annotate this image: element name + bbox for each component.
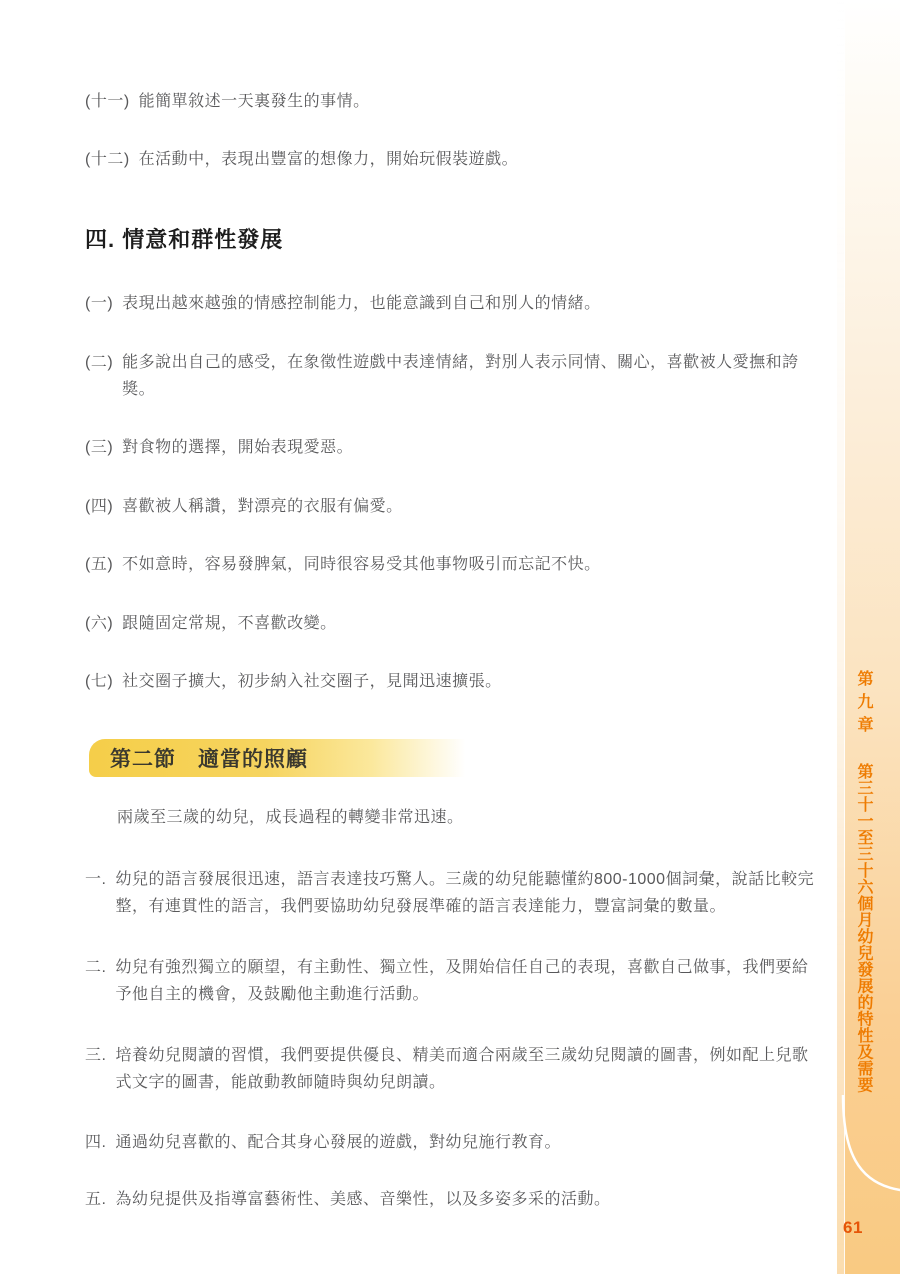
list-item: (三) 對食物的選擇，開始表現愛惡。	[85, 434, 822, 461]
list-item-text: 不如意時，容易發脾氣，同時很容易受其他事物吸引而忘記不快。	[122, 551, 822, 578]
list-item: (二) 能多說出自己的感受，在象徵性遊戲中表達情緒，對別人表示同情、關心，喜歡被…	[85, 349, 822, 403]
list-item: 四. 通過幼兒喜歡的、配合其身心發展的遊戲，對幼兒施行教育。	[85, 1129, 822, 1156]
list-item: (五) 不如意時，容易發脾氣，同時很容易受其他事物吸引而忘記不快。	[85, 551, 822, 578]
curve-decoration	[837, 1095, 900, 1205]
list-item-text: 社交圈子擴大，初步納入社交圈子，見聞迅速擴張。	[122, 668, 822, 695]
document-page: (十一) 能簡單敘述一天裏發生的事情。 (十二) 在活動中，表現出豐富的想像力，…	[0, 0, 900, 1274]
list-item: 二. 幼兒有強烈獨立的願望，有主動性、獨立性，及開始信任自己的表現，喜歡自己做事…	[85, 954, 822, 1008]
chapter-sidebar: 第九章第三十一至三十六個月幼兒發展的特性及需要 61	[837, 0, 900, 1274]
list-item-label: 三.	[85, 1042, 106, 1069]
list-item-text: 能多說出自己的感受，在象徵性遊戲中表達情緒，對別人表示同情、關心，喜歡被人愛撫和…	[122, 349, 822, 403]
list-item: (十二) 在活動中，表現出豐富的想像力，開始玩假裝遊戲。	[85, 146, 822, 173]
section-banner: 第二節 適當的照顧	[89, 739, 481, 777]
list-item: (六) 跟隨固定常規，不喜歡改變。	[85, 610, 822, 637]
list-item-label: (二)	[85, 349, 113, 376]
list-item-label: (七)	[85, 668, 113, 695]
list-item-label: (十一)	[85, 88, 130, 115]
chapter-number: 第九章	[855, 670, 872, 739]
list-item-text: 跟隨固定常規，不喜歡改變。	[122, 610, 822, 637]
list-item: (四) 喜歡被人稱讚，對漂亮的衣服有偏愛。	[85, 493, 822, 520]
list-item: (七) 社交圈子擴大，初步納入社交圈子，見聞迅速擴張。	[85, 668, 822, 695]
list-item-text: 能簡單敘述一天裏發生的事情。	[139, 88, 822, 115]
chapter-title: 第三十一至三十六個月幼兒發展的特性及需要	[855, 763, 872, 1093]
vertical-spacer	[863, 739, 864, 763]
main-content: (十一) 能簡單敘述一天裏發生的事情。 (十二) 在活動中，表現出豐富的想像力，…	[85, 0, 822, 1213]
list-item-label: (六)	[85, 610, 113, 637]
list-item: 三. 培養幼兒閱讀的習慣，我們要提供優良、精美而適合兩歲至三歲幼兒閱讀的圖書，例…	[85, 1042, 822, 1096]
list-item: (一) 表現出越來越強的情感控制能力，也能意識到自己和別人的情緒。	[85, 290, 822, 317]
list-item-text: 為幼兒提供及指導富藝術性、美感、音樂性，以及多姿多采的活動。	[115, 1186, 822, 1213]
list-item-label: (三)	[85, 434, 113, 461]
intro-paragraph: 兩歲至三歲的幼兒，成長過程的轉變非常迅速。	[85, 804, 822, 831]
list-item-label: 五.	[85, 1186, 106, 1213]
list-item-text: 喜歡被人稱讚，對漂亮的衣服有偏愛。	[122, 493, 822, 520]
list-item-label: (十二)	[85, 146, 130, 173]
sidebar-highlight-strip	[837, 0, 845, 1274]
list-item-label: 一.	[85, 866, 106, 893]
list-item-text: 通過幼兒喜歡的、配合其身心發展的遊戲，對幼兒施行教育。	[115, 1129, 822, 1156]
section-heading: 四. 情意和群性發展	[85, 225, 822, 255]
section-banner-title: 第二節 適當的照顧	[110, 743, 308, 773]
list-item-text: 在活動中，表現出豐富的想像力，開始玩假裝遊戲。	[139, 146, 822, 173]
page-number: 61	[843, 1218, 863, 1238]
list-item-label: 二.	[85, 954, 106, 981]
list-item-text: 對食物的選擇，開始表現愛惡。	[122, 434, 822, 461]
list-item-text: 幼兒有強烈獨立的願望，有主動性、獨立性，及開始信任自己的表現，喜歡自己做事，我們…	[115, 954, 822, 1008]
list-item-label: (五)	[85, 551, 113, 578]
list-item-text: 表現出越來越強的情感控制能力，也能意識到自己和別人的情緒。	[122, 290, 822, 317]
chapter-vertical-title: 第九章第三十一至三十六個月幼兒發展的特性及需要	[855, 670, 871, 1093]
list-item-label: (一)	[85, 290, 113, 317]
list-item: (十一) 能簡單敘述一天裏發生的事情。	[85, 88, 822, 115]
list-item-label: (四)	[85, 493, 113, 520]
list-item-label: 四.	[85, 1129, 106, 1156]
list-item: 五. 為幼兒提供及指導富藝術性、美感、音樂性，以及多姿多采的活動。	[85, 1186, 822, 1213]
list-item-text: 培養幼兒閱讀的習慣，我們要提供優良、精美而適合兩歲至三歲幼兒閱讀的圖書，例如配上…	[115, 1042, 822, 1096]
list-item-text: 幼兒的語言發展很迅速，語言表達技巧驚人。三歲的幼兒能聽懂約800-1000個詞彙…	[115, 866, 822, 920]
list-item: 一. 幼兒的語言發展很迅速，語言表達技巧驚人。三歲的幼兒能聽懂約800-1000…	[85, 866, 822, 920]
